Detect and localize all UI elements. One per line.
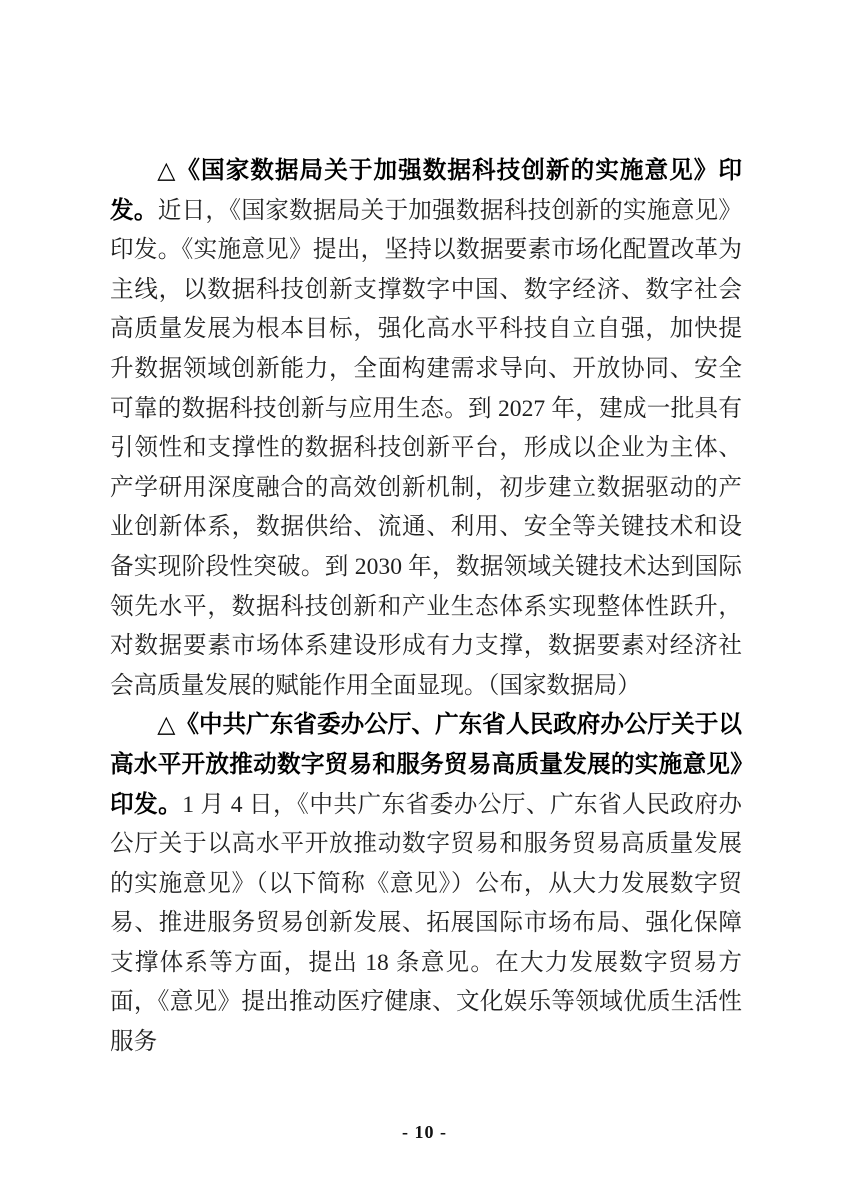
news-item-1-body: 近日，《国家数据局关于加强数据科技创新的实施意见》印发。《实施意见》提出，坚持以… [110,198,742,699]
page-number: - 10 - [402,1122,447,1142]
news-item-2: △《中共广东省委办公厅、广东省人民政府办公厅关于以高水平开放推动数字贸易和服务贸… [110,706,742,1062]
news-item-2-body: 1 月 4 日，《中共广东省委办公厅、广东省人民政府办公厅关于以高水平开放推动数… [110,792,742,1056]
document-page: △《国家数据局关于加强数据科技创新的实施意见》印发。近日，《国家数据局关于加强数… [0,0,849,1200]
news-item-1: △《国家数据局关于加强数据科技创新的实施意见》印发。近日，《国家数据局关于加强数… [110,152,742,706]
page-footer: - 10 - [0,1122,849,1143]
document-body: △《国家数据局关于加强数据科技创新的实施意见》印发。近日，《国家数据局关于加强数… [110,152,742,1063]
